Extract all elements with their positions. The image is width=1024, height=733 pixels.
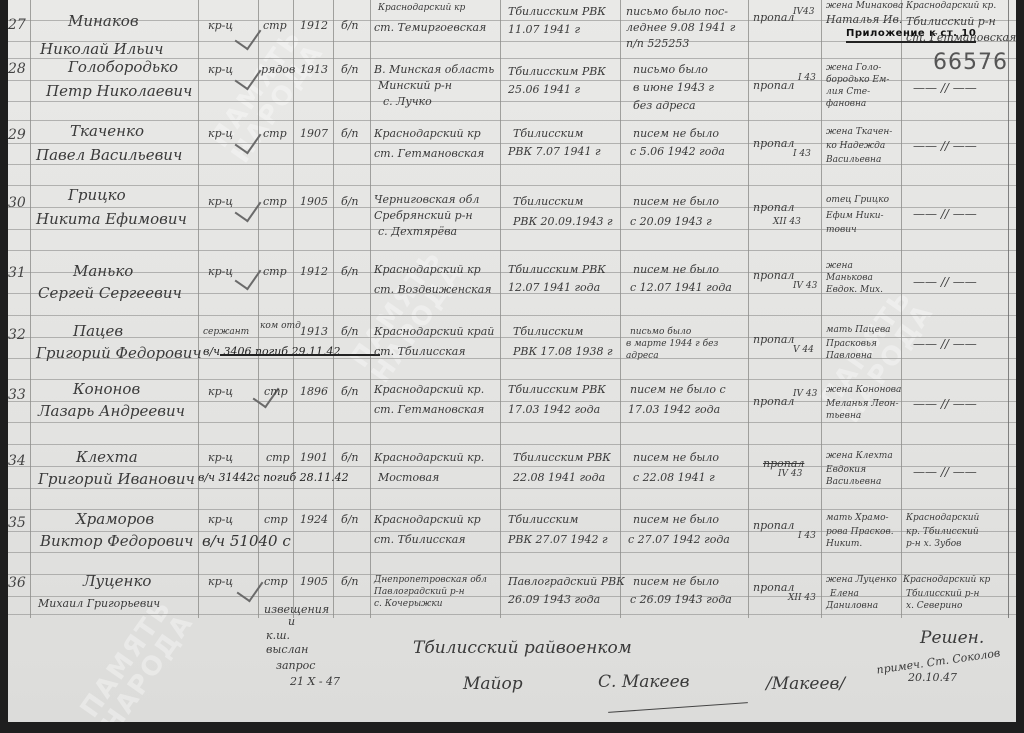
unit-note: в/ч 31442с погиб 28.11.42	[198, 472, 349, 484]
check-mark-icon	[237, 574, 264, 603]
unit-note: в/ч 51040 с	[202, 534, 291, 550]
watermark: ПАМЯТЬНАРОДА	[206, 24, 328, 167]
first-patronymic: Никита Ефимович	[36, 212, 187, 228]
signature-underline	[608, 702, 748, 713]
surname: Ткаченко	[70, 124, 144, 140]
surname: Клехта	[76, 450, 138, 466]
surname: Пацев	[73, 324, 123, 340]
first-patronymic: Михаил Григорьевич	[38, 598, 160, 610]
first-patronymic: Григорий Федорович	[36, 346, 202, 362]
signature: С. Макеев	[598, 674, 690, 692]
name-in-brackets: /Макеев/	[766, 676, 845, 694]
archive-number: 66576	[933, 50, 1008, 75]
first-patronymic: Сергей Сергеевич	[38, 286, 182, 302]
surname: Манько	[73, 264, 133, 280]
surname: Грицко	[68, 188, 126, 204]
surname: Минаков	[68, 14, 139, 30]
surname: Голобородько	[68, 60, 178, 76]
document-sheet: ПАМЯТЬНАРОДА ПАМЯТЬНАРОДА ПАМЯТЬНАРОДА П…	[8, 0, 1016, 722]
first-patronymic: Павел Васильевич	[36, 148, 182, 164]
first-patronymic: Лазарь Андреевич	[38, 404, 185, 420]
first-patronymic: Виктор Федорович	[40, 534, 194, 550]
first-patronymic: Григорий Иванович	[38, 472, 195, 488]
commissar-title: Тбилисский райвоенком	[413, 640, 632, 658]
rank-label: Майор	[463, 676, 523, 694]
first-patronymic: Николай Ильич	[40, 42, 163, 58]
surname: Храморов	[76, 512, 154, 528]
surname: Кононов	[73, 382, 140, 398]
first-patronymic: Петр Николаевич	[46, 84, 192, 100]
surname: Луценко	[83, 574, 151, 590]
